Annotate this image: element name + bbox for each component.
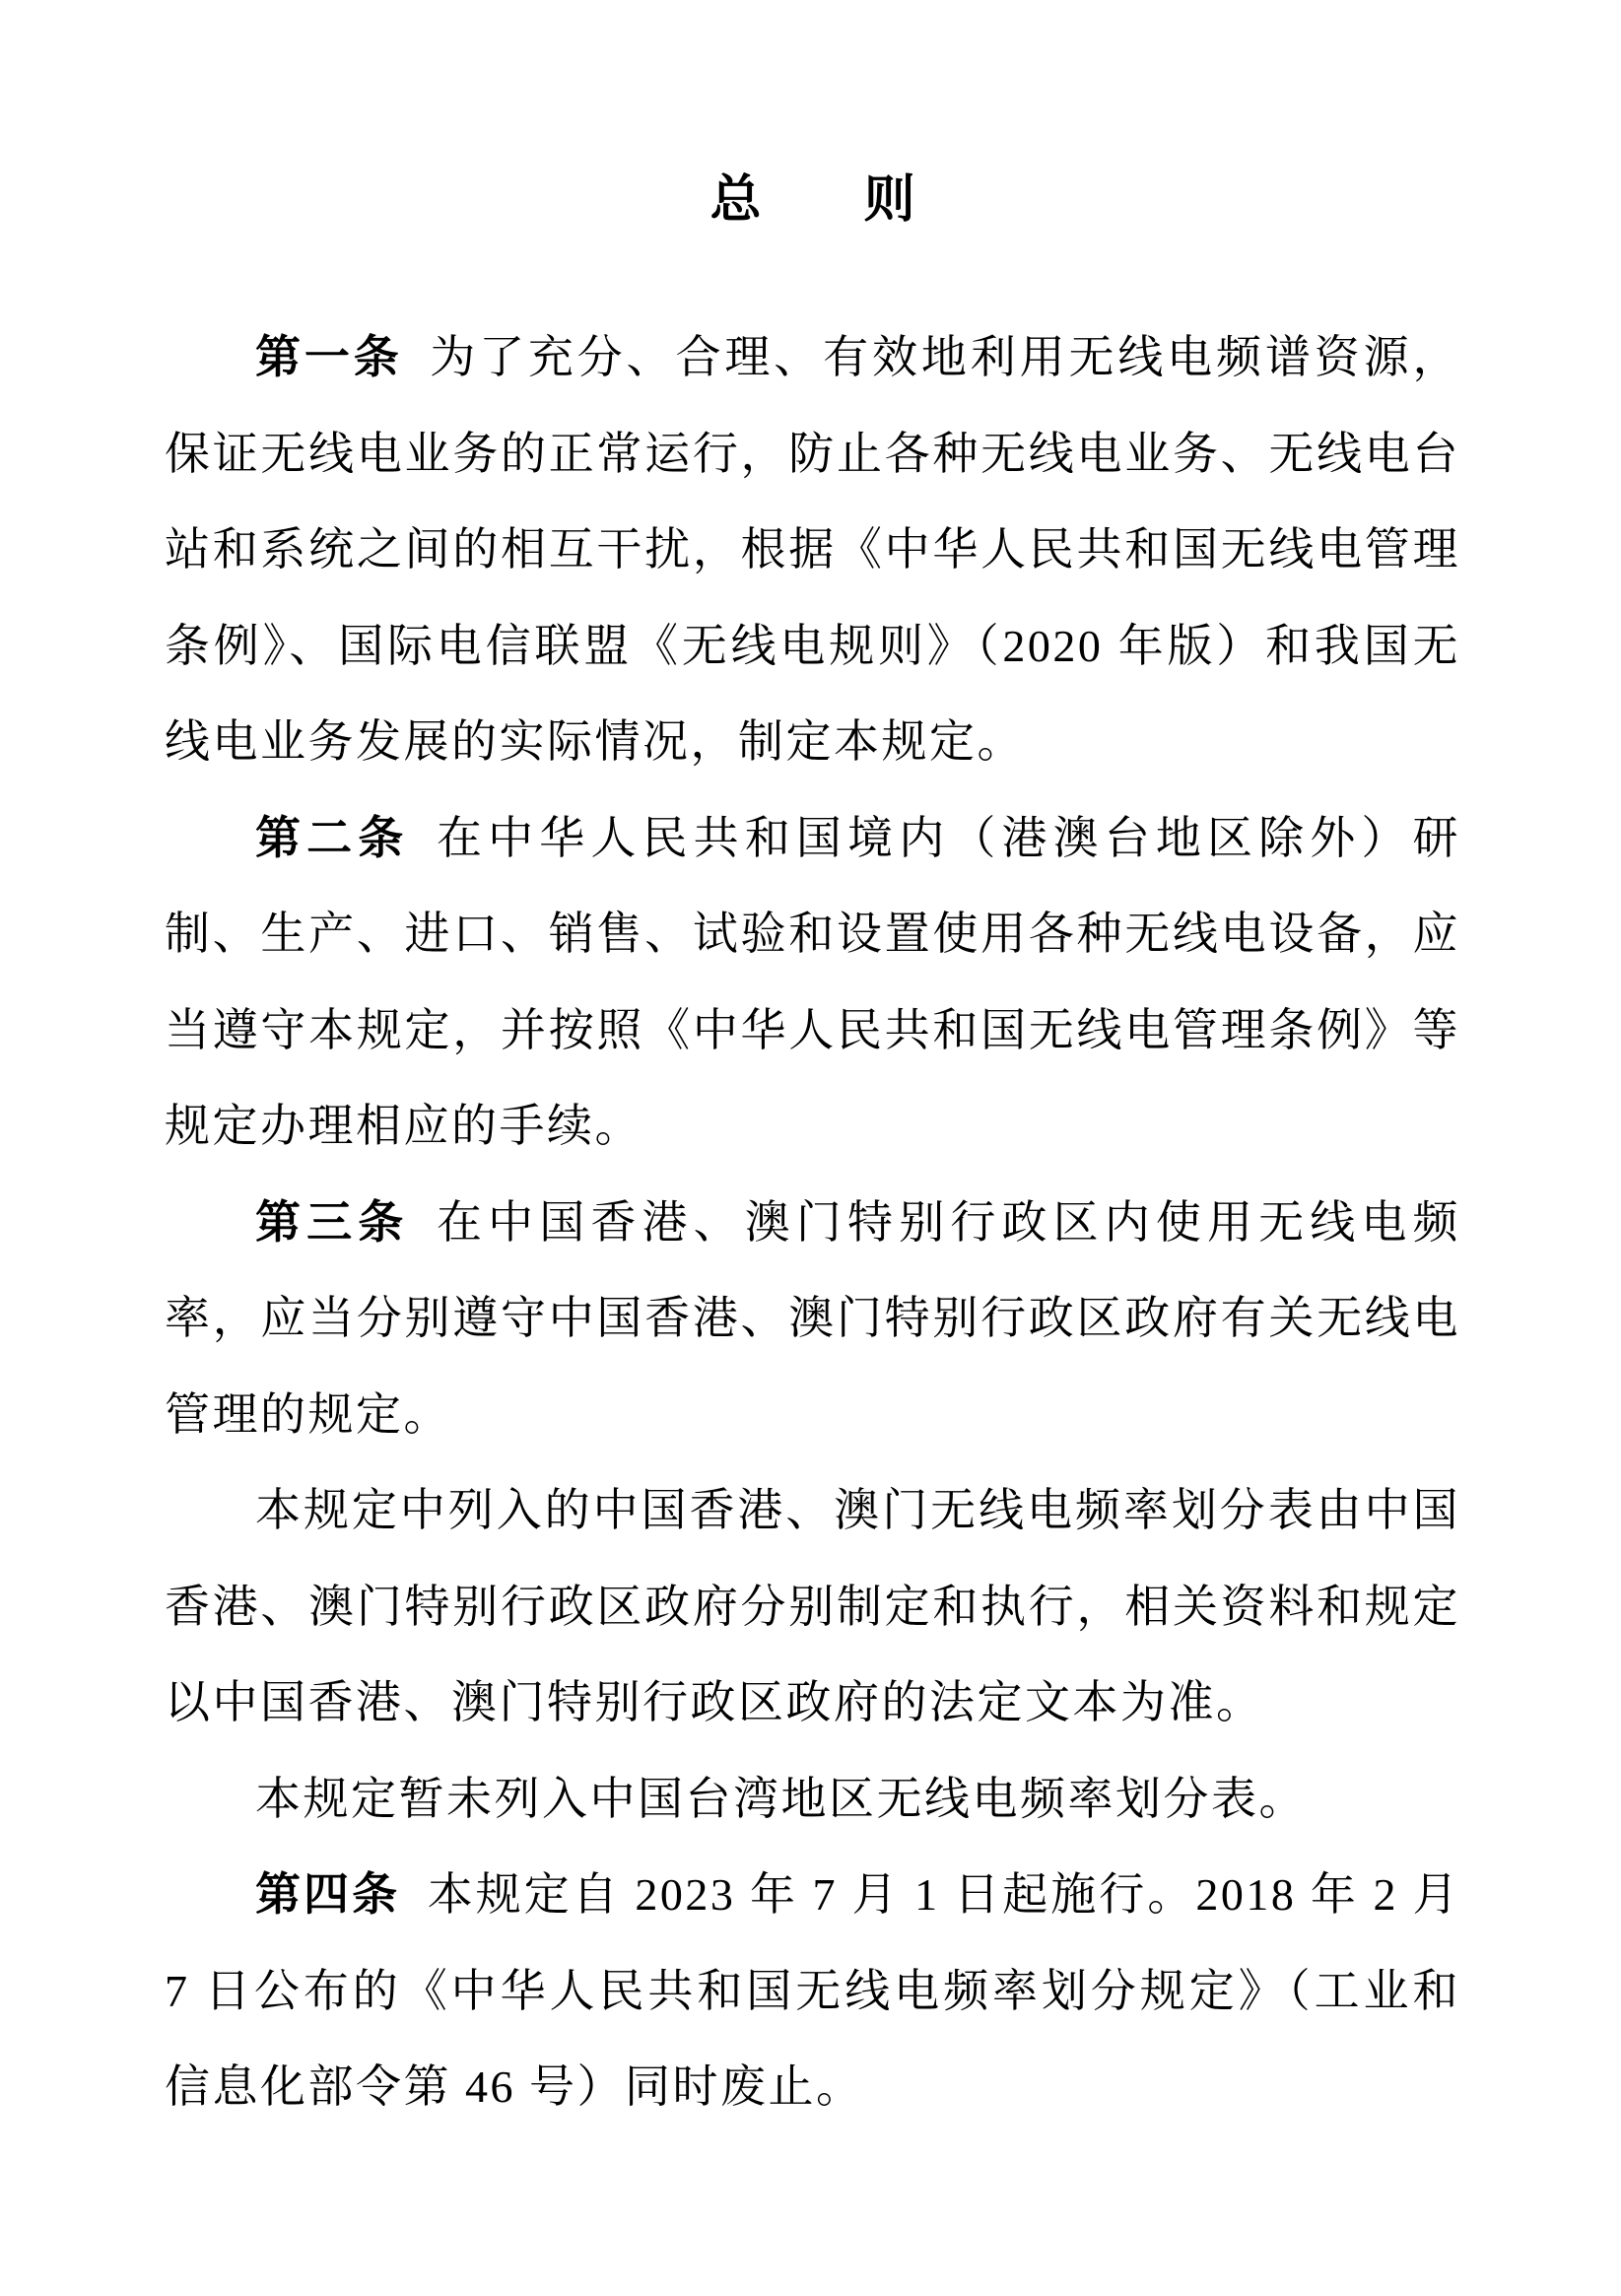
article-3-cont-2-text: 本规定暂未列入中国台湾地区无线电频率划分表。 <box>255 1774 1307 1824</box>
article-1-number: 第一条 <box>255 331 403 382</box>
article-1-text: 为了充分、合理、有效地利用无线电频谱资源，保证无线电业务的正常运行，防止各种无线… <box>165 332 1460 767</box>
document-body: 第一条为了充分、合理、有效地利用无线电频谱资源，保证无线电业务的正常运行，防止各… <box>165 309 1460 2135</box>
document-page: 总 则 第一条为了充分、合理、有效地利用无线电频谱资源，保证无线电业务的正常运行… <box>0 0 1621 2296</box>
paragraph-article-3: 第三条在中国香港、澳门特别行政区内使用无线电频率，应当分别遵守中国香港、澳门特别… <box>165 1175 1460 1463</box>
article-3-cont-1-text: 本规定中列入的中国香港、澳门无线电频率划分表由中国香港、澳门特别行政区政府分别制… <box>165 1485 1460 1727</box>
paragraph-article-4: 第四条本规定自 2023 年 7 月 1 日起施行。2018 年 2 月 7 日… <box>165 1847 1460 2135</box>
article-3-number: 第三条 <box>255 1196 409 1248</box>
article-4-number: 第四条 <box>255 1868 400 1920</box>
paragraph-article-3-cont-2: 本规定暂未列入中国台湾地区无线电频率划分表。 <box>165 1751 1460 1848</box>
article-2-text: 在中华人民共和国境内（港澳台地区除外）研制、生产、进口、销售、试验和设置使用各种… <box>165 813 1460 1152</box>
paragraph-article-2: 第二条在中华人民共和国境内（港澳台地区除外）研制、生产、进口、销售、试验和设置使… <box>165 790 1460 1175</box>
article-2-number: 第二条 <box>255 812 409 863</box>
paragraph-article-1: 第一条为了充分、合理、有效地利用无线电频谱资源，保证无线电业务的正常运行，防止各… <box>165 309 1460 790</box>
page-title: 总 则 <box>165 168 1460 233</box>
paragraph-article-3-cont-1: 本规定中列入的中国香港、澳门无线电频率划分表由中国香港、澳门特别行政区政府分别制… <box>165 1462 1460 1751</box>
